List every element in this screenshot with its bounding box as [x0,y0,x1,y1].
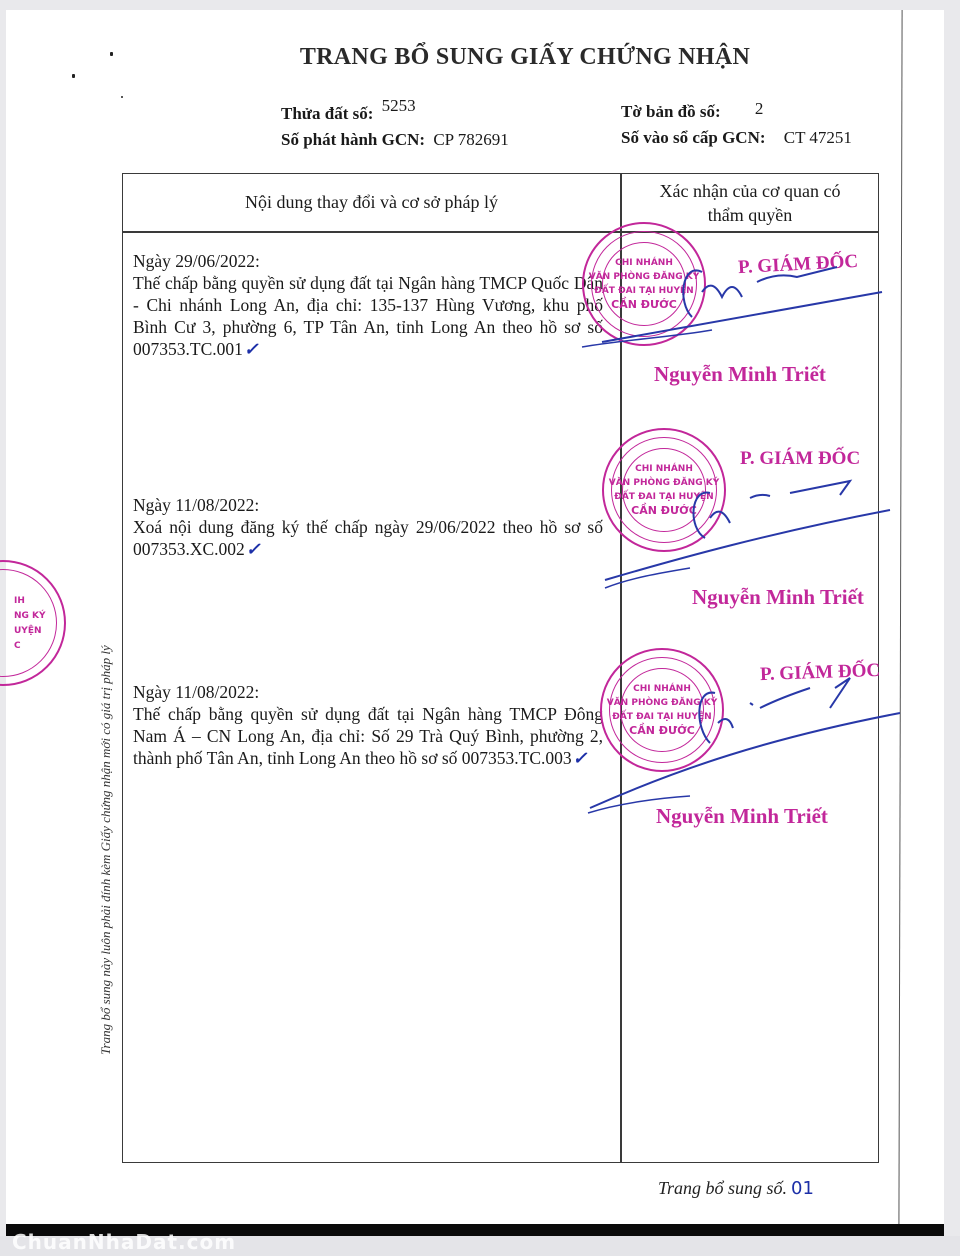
stamp-line: C [14,639,46,654]
entry-date: Ngày 11/08/2022: [133,494,603,516]
watermark: ChuanNhaDat.com [12,1230,236,1254]
signature-icon [582,222,902,382]
table-row-1-content: Ngày 29/06/2022: Thế chấp bằng quyền sử … [133,250,603,360]
entry-text: Thế chấp bằng quyền sử dụng đất tại Ngân… [133,704,603,768]
supplement-page-label: Trang bổ sung số. [658,1178,787,1198]
stamp-line: NG KÝ [14,609,46,624]
signature-icon [600,648,900,828]
map-sheet-number: Tờ bản đồ số: 2 [621,102,763,122]
partial-stamp-text: IH NG KÝ UYỆN C [14,594,46,654]
entry-date: Ngày 11/08/2022: [133,681,603,703]
table-row-2-content: Ngày 11/08/2022: Xoá nội dung đăng ký th… [133,494,603,560]
side-legal-note: Trang bổ sung này luôn phải đính kèm Giấ… [98,645,114,1055]
issue-number: Số phát hành GCN: CP 782691 [281,130,509,150]
header-changes: Nội dung thay đổi và cơ sở pháp lý [123,174,620,231]
check-mark-icon: ✓ [246,539,261,559]
document-title: TRANG BỔ SUNG GIẤY CHỨNG NHẬN [0,44,960,71]
issue-label: Số phát hành GCN: [281,130,425,149]
parcel-label: Thửa đất số: [281,104,373,123]
check-mark-icon: ✓ [244,339,259,359]
signature-icon [600,428,900,608]
supplement-page-value: 01 [791,1178,814,1199]
check-mark-icon: ✓ [573,748,588,768]
entry-text: Thế chấp bằng quyền sử dụng đất tại Ngân… [133,273,603,359]
register-label: Số vào sổ cấp GCN: [621,128,766,147]
entry-date: Ngày 29/06/2022: [133,250,603,272]
supplement-page-number: Trang bổ sung số.01 [658,1178,814,1199]
table-row-3-content: Ngày 11/08/2022: Thế chấp bằng quyền sử … [133,681,603,769]
parcel-value: 5253 [382,96,416,115]
map-sheet-label: Tờ bản đồ số: [621,102,721,121]
stamp-line: UYỆN [14,624,46,639]
register-number: Số vào sổ cấp GCN: CT 47251 [621,128,852,148]
issue-value: CP 782691 [433,130,508,149]
register-value: CT 47251 [784,128,852,147]
stamp-line: IH [14,594,46,609]
parcel-number: Thửa đất số: 5253 [281,104,416,124]
entry-text: Xoá nội dung đăng ký thế chấp ngày 29/06… [133,517,603,559]
map-sheet-value: 2 [755,99,764,118]
header-confirmation-text: Xác nhận của cơ quan có thẩm quyền [640,179,860,227]
